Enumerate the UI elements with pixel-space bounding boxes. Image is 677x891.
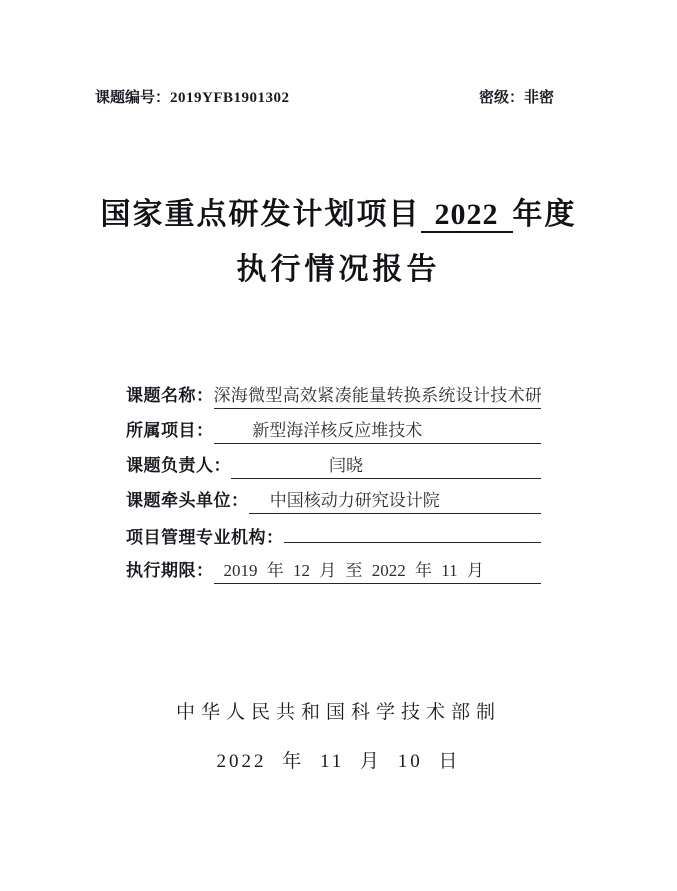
field-label: 课题名称： [126,381,214,406]
field-label: 执行期限： [126,556,214,581]
secrecy-label: 密级： [479,89,524,106]
title-year-underlined: 2022 [421,198,513,233]
report-title-line2: 执行情况报告 [0,251,677,289]
form-row-project-name: 课题名称： 深海微型高效紧凑能量转换系统设计技术研究 [126,381,541,402]
field-label: 课题牵头单位： [126,486,249,511]
form-row-execution-period: 执行期限： 2019 年 12 月 至 2022 年 11 月 [126,556,541,577]
project-number-field: 课题编号：2019YFB1901302 [95,86,290,107]
field-value-underline: 新型海洋核反应堆技术 [214,416,542,444]
field-value-underline: 2019 年 12 月 至 2022 年 11 月 [214,556,542,584]
field-label: 项目管理专业机构： [126,523,284,548]
form-row-leader: 课题负责人： 闫晓 [126,451,541,472]
secrecy-value: 非密 [524,89,554,106]
field-value-underline: 中国核动力研究设计院 [249,486,542,514]
page-header: 课题编号：2019YFB1901302 密级：非密 [95,86,554,107]
page-footer: 中华人民共和国科学技术部制 2022 年 11 月 10 日 [0,697,677,773]
cover-form: 课题名称： 深海微型高效紧凑能量转换系统设计技术研究 所属项目： 新型海洋核反应… [126,381,541,591]
issuer-line: 中华人民共和国科学技术部制 [0,697,677,724]
project-number-value: 2019YFB1901302 [170,90,290,106]
field-value-underline: 深海微型高效紧凑能量转换系统设计技术研究 [214,381,542,409]
secrecy-field: 密级：非密 [479,86,554,107]
form-row-management-agency: 项目管理专业机构： [126,521,541,542]
title-suffix: 年度 [513,198,577,231]
field-value-underline [284,521,542,543]
project-number-label: 课题编号： [95,89,170,106]
report-title: 国家重点研发计划项目2022年度 执行情况报告 [0,196,677,289]
form-row-lead-organization: 课题牵头单位： 中国核动力研究设计院 [126,486,541,507]
form-row-parent-project: 所属项目： 新型海洋核反应堆技术 [126,416,541,437]
report-cover-page: 课题编号：2019YFB1901302 密级：非密 国家重点研发计划项目2022… [0,0,677,891]
field-value-underline: 闫晓 [231,451,541,479]
title-prefix: 国家重点研发计划项目 [101,198,421,231]
field-label: 所属项目： [126,416,214,441]
date-line: 2022 年 11 月 10 日 [0,746,677,773]
field-label: 课题负责人： [126,451,231,476]
report-title-line1: 国家重点研发计划项目2022年度 [0,196,677,234]
